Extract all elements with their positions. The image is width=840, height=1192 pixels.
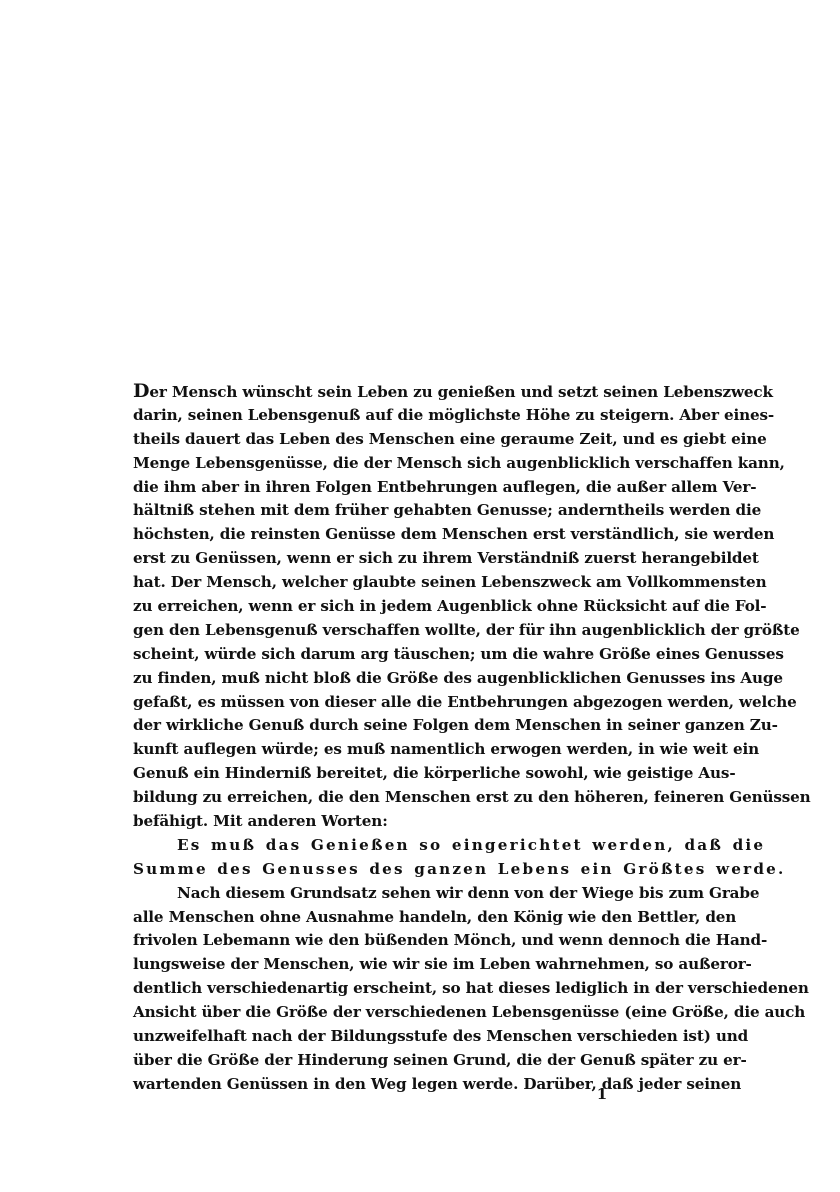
text-line: die ihm aber in ihren Folgen Entbehrunge… bbox=[133, 476, 707, 500]
text-line: alle Menschen ohne Ausnahme handeln, den… bbox=[133, 906, 707, 930]
page-number: 1 bbox=[592, 1085, 612, 1103]
emphasis-line: Es muß das Genießen so eingerichtet werd… bbox=[133, 834, 707, 858]
text-line: unzweifelhaft nach der Bildungsstufe des… bbox=[133, 1025, 707, 1049]
text-line: kunft auflegen würde; es muß namentlich … bbox=[133, 738, 707, 762]
text-line: der wirkliche Genuß durch seine Folgen d… bbox=[133, 714, 707, 738]
text-line: lungsweise der Menschen, wie wir sie im … bbox=[133, 953, 707, 977]
text-line: theils dauert das Leben des Menschen ein… bbox=[133, 428, 707, 452]
text-line: zu erreichen, wenn er sich in jedem Auge… bbox=[133, 595, 707, 619]
line-rest: er Mensch wünscht sein Leben zu genießen… bbox=[149, 383, 773, 401]
text-line: bildung zu erreichen, die den Menschen e… bbox=[133, 786, 707, 810]
text-line: hältniß stehen mit dem früher gehabten G… bbox=[133, 499, 707, 523]
text-line: Menge Lebensgenüsse, die der Mensch sich… bbox=[133, 452, 707, 476]
text-block: Der Mensch wünscht sein Leben zu genieße… bbox=[133, 380, 707, 1097]
text-line: wartenden Genüssen in den Weg legen werd… bbox=[133, 1073, 707, 1097]
text-line: darin, seinen Lebensgenuß auf die möglic… bbox=[133, 404, 707, 428]
text-line: frivolen Lebemann wie den büßenden Mönch… bbox=[133, 929, 707, 953]
text-line: erst zu Genüssen, wenn er sich zu ihrem … bbox=[133, 547, 707, 571]
text-line: Genuß ein Hinderniß bereitet, die körper… bbox=[133, 762, 707, 786]
emphasis-line: Summe des Genusses des ganzen Lebens ein… bbox=[133, 858, 707, 882]
initial-letter: D bbox=[133, 380, 149, 402]
text-line: befähigt. Mit anderen Worten: bbox=[133, 810, 707, 834]
text-line: Der Mensch wünscht sein Leben zu genieße… bbox=[133, 380, 707, 404]
text-line: scheint, würde sich darum arg täuschen; … bbox=[133, 643, 707, 667]
document-page: Der Mensch wünscht sein Leben zu genieße… bbox=[0, 0, 840, 1192]
text-line: Nach diesem Grundsatz sehen wir denn von… bbox=[133, 882, 707, 906]
text-line: gen den Lebensgenuß verschaffen wollte, … bbox=[133, 619, 707, 643]
text-line: höchsten, die reinsten Genüsse dem Mensc… bbox=[133, 523, 707, 547]
text-line: dentlich verschiedenartig erscheint, so … bbox=[133, 977, 707, 1001]
text-line: Ansicht über die Größe der verschiedenen… bbox=[133, 1001, 707, 1025]
text-line: zu finden, muß nicht bloß die Größe des … bbox=[133, 667, 707, 691]
text-line: gefaßt, es müssen von dieser alle die En… bbox=[133, 691, 707, 715]
text-line: hat. Der Mensch, welcher glaubte seinen … bbox=[133, 571, 707, 595]
text-line: über die Größe der Hinderung seinen Grun… bbox=[133, 1049, 707, 1073]
